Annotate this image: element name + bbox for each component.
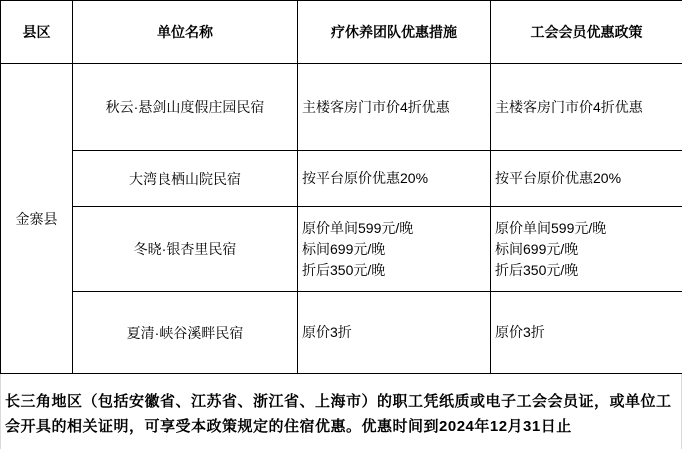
header-unit-name: 单位名称 (73, 1, 298, 64)
team-offer-cell: 按平台原价优惠20% (298, 151, 491, 207)
header-team-offer: 疗休养团队优惠措施 (298, 1, 491, 64)
header-member-offer: 工会会员优惠政策 (491, 1, 682, 64)
table-row: 大湾良栖山院民宿 按平台原价优惠20% 按平台原价优惠20% (1, 151, 682, 207)
header-county: 县区 (1, 1, 73, 64)
county-cell: 金寨县 (1, 64, 73, 374)
member-offer-cell: 按平台原价优惠20% (491, 151, 682, 207)
unit-name-cell: 冬晓·银杏里民宿 (73, 207, 298, 292)
table-row: 夏清·峡谷溪畔民宿 原价3折 原价3折 (1, 292, 682, 374)
discount-table: 县区 单位名称 疗休养团队优惠措施 工会会员优惠政策 金寨县 秋云·悬剑山度假庄… (0, 0, 682, 374)
table-row: 金寨县 秋云·悬剑山度假庄园民宿 主楼客房门市价4折优惠 主楼客房门市价4折优惠 (1, 64, 682, 151)
unit-name-cell: 夏清·峡谷溪畔民宿 (73, 292, 298, 374)
team-offer-cell: 原价单间599元/晚 标间699元/晚 折后350元/晚 (298, 207, 491, 292)
member-offer-cell: 原价单间599元/晚 标间699元/晚 折后350元/晚 (491, 207, 682, 292)
team-offer-cell: 原价3折 (298, 292, 491, 374)
member-offer-cell: 主楼客房门市价4折优惠 (491, 64, 682, 151)
unit-name-cell: 大湾良栖山院民宿 (73, 151, 298, 207)
table-row: 冬晓·银杏里民宿 原价单间599元/晚 标间699元/晚 折后350元/晚 原价… (1, 207, 682, 292)
member-offer-cell: 原价3折 (491, 292, 682, 374)
unit-name-cell: 秋云·悬剑山度假庄园民宿 (73, 64, 298, 151)
team-offer-cell: 主楼客房门市价4折优惠 (298, 64, 491, 151)
table-header-row: 县区 单位名称 疗休养团队优惠措施 工会会员优惠政策 (1, 1, 682, 64)
footer-note: 长三角地区（包括安徽省、江苏省、浙江省、上海市）的职工凭纸质或电子工会会员证，或… (0, 374, 682, 449)
